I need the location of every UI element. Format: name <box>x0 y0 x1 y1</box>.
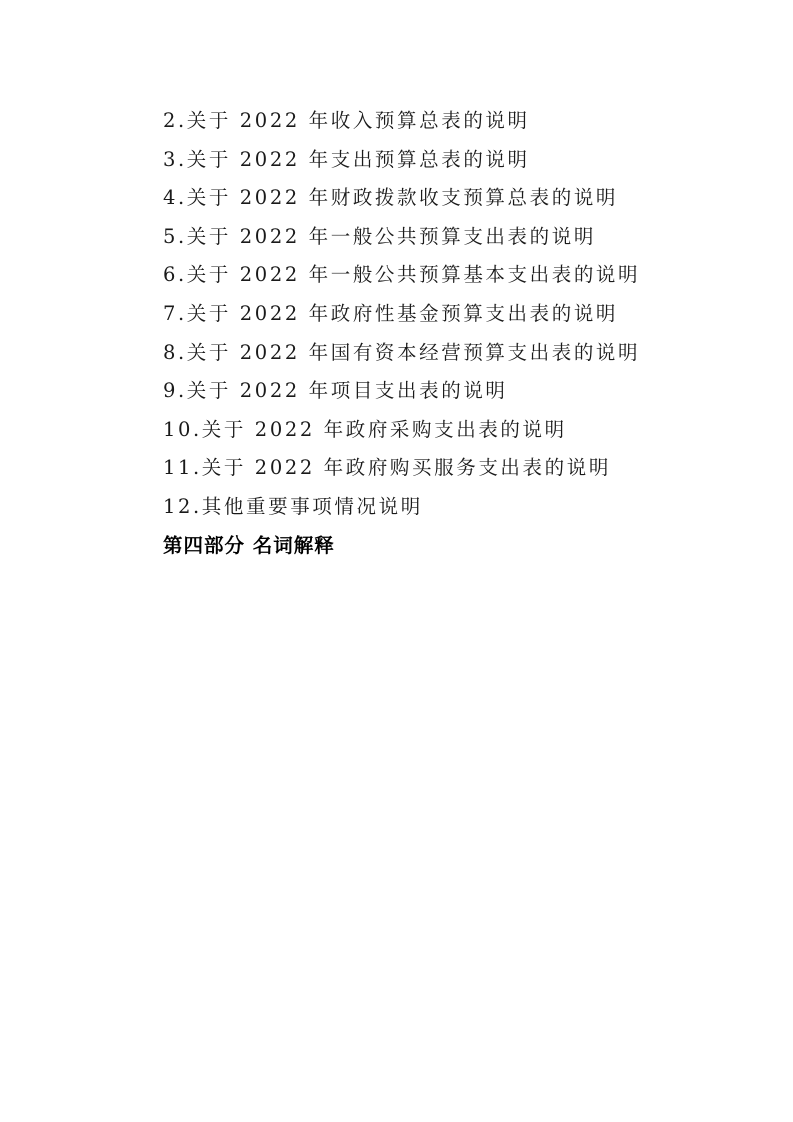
toc-item: 3.关于 2022 年支出预算总表的说明 <box>163 145 640 184</box>
toc-item: 12.其他重要事项情况说明 <box>163 492 640 531</box>
toc-item: 8.关于 2022 年国有资本经营预算支出表的说明 <box>163 338 640 377</box>
toc-item: 6.关于 2022 年一般公共预算基本支出表的说明 <box>163 260 640 299</box>
toc-item: 11.关于 2022 年政府购买服务支出表的说明 <box>163 453 640 492</box>
toc-item: 4.关于 2022 年财政拨款收支预算总表的说明 <box>163 183 640 222</box>
toc-item: 10.关于 2022 年政府采购支出表的说明 <box>163 415 640 454</box>
section-heading: 第四部分 名词解释 <box>163 531 640 569</box>
toc-item: 7.关于 2022 年政府性基金预算支出表的说明 <box>163 299 640 338</box>
toc-item: 9.关于 2022 年项目支出表的说明 <box>163 376 640 415</box>
document-page: 2.关于 2022 年收入预算总表的说明 3.关于 2022 年支出预算总表的说… <box>0 0 793 1122</box>
toc-item: 5.关于 2022 年一般公共预算支出表的说明 <box>163 222 640 261</box>
table-of-contents: 2.关于 2022 年收入预算总表的说明 3.关于 2022 年支出预算总表的说… <box>163 106 640 569</box>
toc-item: 2.关于 2022 年收入预算总表的说明 <box>163 106 640 145</box>
